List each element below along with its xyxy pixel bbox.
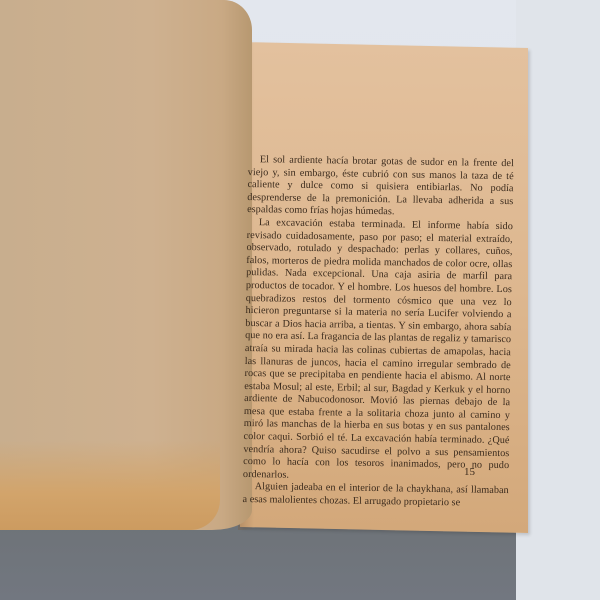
background-wall	[516, 0, 600, 600]
page-number: 15	[464, 466, 475, 478]
paragraph: El sol ardiente hacía brotar gotas de su…	[247, 154, 514, 221]
left-page-bottom-edge	[0, 440, 220, 530]
paragraph: Alguien jadeaba en el interior de la cha…	[242, 481, 508, 510]
table-surface	[0, 520, 516, 600]
page-text-block: El sol ardiente hacía brotar gotas de su…	[242, 154, 514, 511]
paragraph: La excavación estaba terminada. El infor…	[243, 217, 513, 486]
left-book-page	[0, 0, 252, 530]
